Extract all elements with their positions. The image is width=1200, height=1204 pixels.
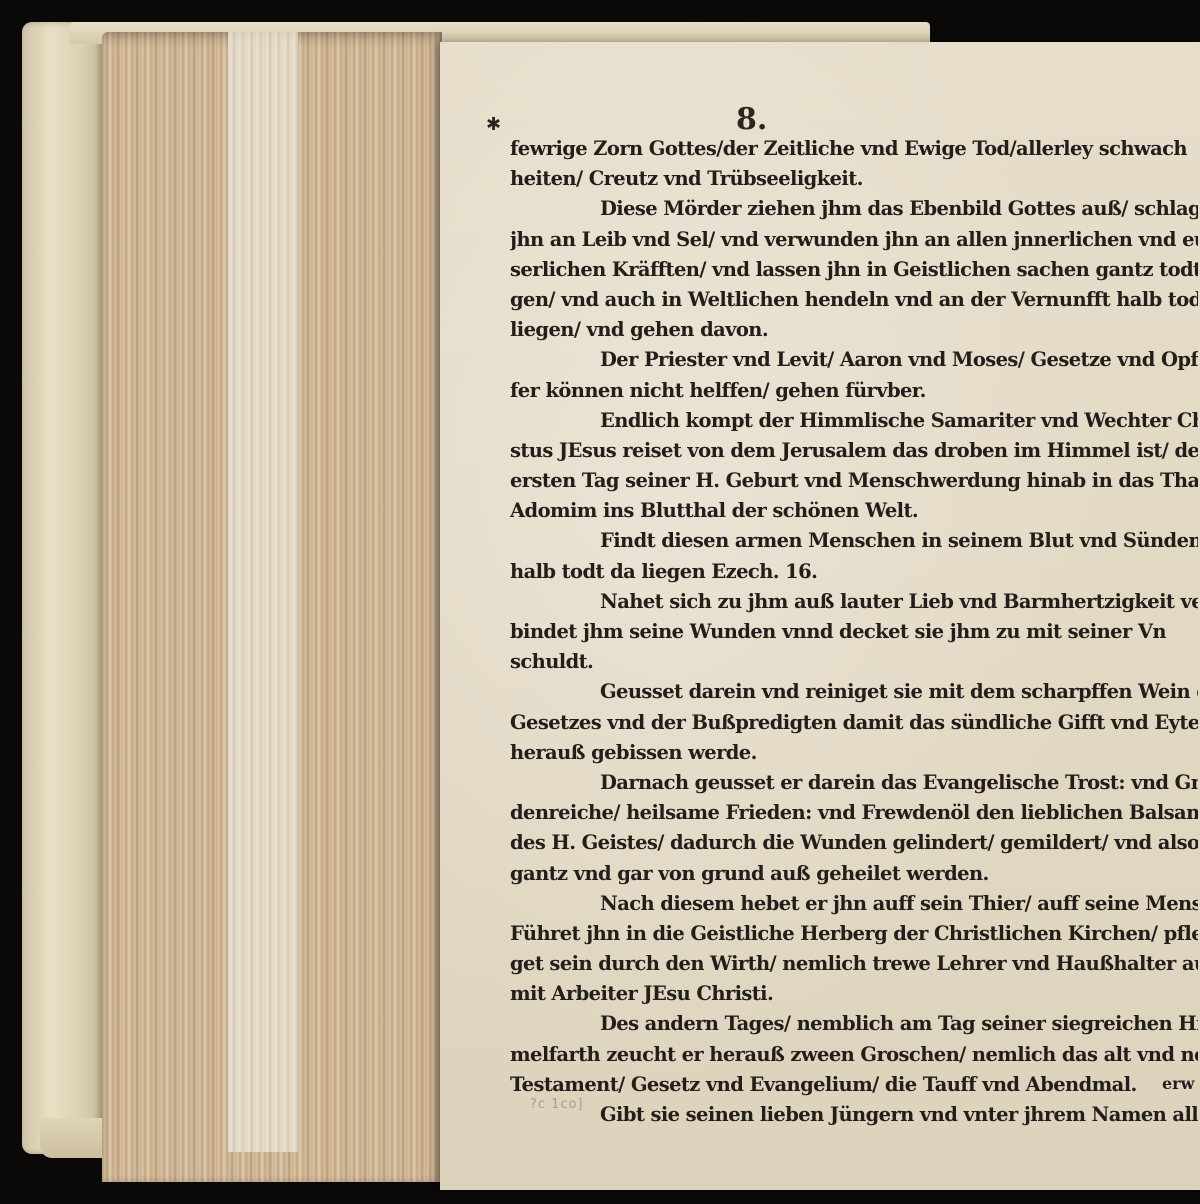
text-line: liegen/ vnd gehen davon. <box>510 315 1198 345</box>
text-line: Nach diesem hebet er jhn auff sein Thier… <box>510 889 1198 919</box>
text-line: get sein durch den Wirth/ nemlich trewe … <box>510 949 1198 979</box>
margin-asterisk-mark: ✱ <box>486 118 500 132</box>
vellum-cover-spine <box>22 22 102 1154</box>
text-line: Gesetzes vnd der Bußpredigten damit das … <box>510 708 1198 738</box>
text-line: des H. Geistes/ dadurch die Wunden gelin… <box>510 828 1198 858</box>
text-line: gen/ vnd auch in Weltlichen hendeln vnd … <box>510 285 1198 315</box>
text-line: fewrige Zorn Gottes/der Zeitliche vnd Ew… <box>510 134 1198 164</box>
text-line: Adomim ins Blutthal der schönen Welt. <box>510 496 1198 526</box>
text-line: herauß gebissen werde. <box>510 738 1198 768</box>
text-line: mit Arbeiter JEsu Christi. <box>510 979 1198 1009</box>
text-line: stus JEsus reiset von dem Jerusalem das … <box>510 436 1198 466</box>
text-line: Testament/ Gesetz vnd Evangelium/ die Ta… <box>510 1070 1198 1100</box>
catchword: erw <box>1162 1074 1194 1093</box>
pencil-annotation: ?c 1co] <box>530 1097 584 1112</box>
text-line: serlichen Kräfften/ vnd lassen jhn in Ge… <box>510 255 1198 285</box>
text-line: halb todt da liegen Ezech. 16. <box>510 557 1198 587</box>
text-line: ersten Tag seiner H. Geburt vnd Menschwe… <box>510 466 1198 496</box>
text-line: Der Priester vnd Levit/ Aaron vnd Moses/… <box>510 345 1198 375</box>
text-line: gantz vnd gar von grund auß geheilet wer… <box>510 859 1198 889</box>
text-line: Darnach geusset er darein das Evangelisc… <box>510 768 1198 798</box>
text-line: heiten/ Creutz vnd Trübseeligkeit. <box>510 164 1198 194</box>
text-line: bindet jhm seine Wunden vnnd decket sie … <box>510 617 1198 647</box>
text-line: melfarth zeucht er herauß zween Groschen… <box>510 1040 1198 1070</box>
page-number: 8. <box>736 102 767 137</box>
text-line: Des andern Tages/ nemblich am Tag seiner… <box>510 1009 1198 1039</box>
text-line: fer können nicht helffen/ gehen fürvber. <box>510 376 1198 406</box>
text-line: Diese Mörder ziehen jhm das Ebenbild Got… <box>510 194 1198 224</box>
page-text-block: fewrige Zorn Gottes/der Zeitliche vnd Ew… <box>510 134 1198 1130</box>
text-line: Findt diesen armen Menschen in seinem Bl… <box>510 526 1198 556</box>
text-line: schuldt. <box>510 647 1198 677</box>
text-line: Endlich kompt der Himmlische Samariter v… <box>510 406 1198 436</box>
text-line: jhn an Leib vnd Sel/ vnd verwunden jhn a… <box>510 225 1198 255</box>
text-line: Gibt sie seinen lieben Jüngern vnd vnter… <box>510 1100 1198 1130</box>
text-line: Geusset darein vnd reiniget sie mit dem … <box>510 677 1198 707</box>
text-line: Nahet sich zu jhm auß lauter Lieb vnd Ba… <box>510 587 1198 617</box>
page-edge-stack-light-band <box>228 32 298 1152</box>
text-line: Führet jhn in die Geistliche Herberg der… <box>510 919 1198 949</box>
book-page: 8. fewrige Zorn Gottes/der Zeitliche vnd… <box>440 42 1200 1190</box>
text-line: denreiche/ heilsame Frieden: vnd Frewden… <box>510 798 1198 828</box>
